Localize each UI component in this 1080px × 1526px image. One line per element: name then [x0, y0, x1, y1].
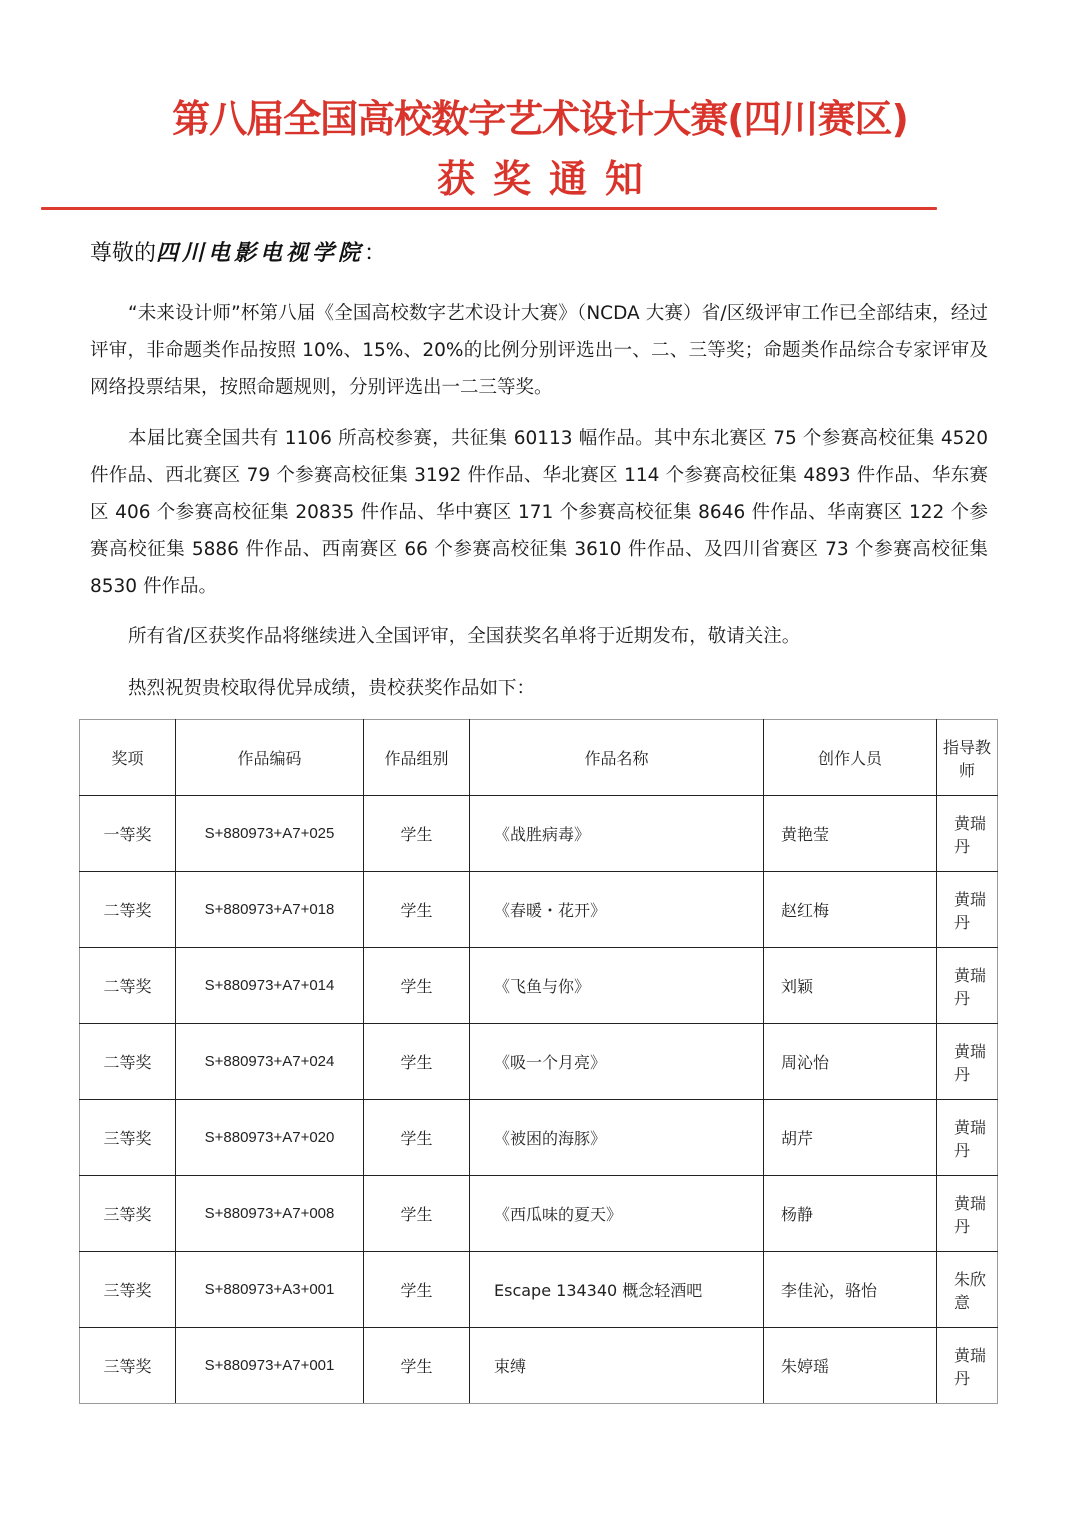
cell-title: 《春暖・花开》 — [470, 872, 764, 948]
cell-code: S+880973+A7+001 — [176, 1328, 364, 1404]
document-subtitle: 获奖通知 — [0, 148, 1080, 203]
cell-award: 二等奖 — [80, 872, 176, 948]
cell-award: 一等奖 — [80, 796, 176, 872]
cell-creator: 杨静 — [764, 1176, 937, 1252]
cell-group: 学生 — [364, 1176, 470, 1252]
cell-teacher: 黄瑞丹 — [937, 1328, 998, 1404]
cell-creator: 李佳沁，骆怡 — [764, 1252, 937, 1328]
cell-creator: 胡芹 — [764, 1100, 937, 1176]
cell-title: 束缚 — [470, 1328, 764, 1404]
table-row: 三等奖 S+880973+A7+020 学生 《被困的海豚》 胡芹 黄瑞丹 — [80, 1100, 998, 1176]
cell-code: S+880973+A7+018 — [176, 872, 364, 948]
cell-code: S+880973+A7+025 — [176, 796, 364, 872]
cell-group: 学生 — [364, 1328, 470, 1404]
cell-teacher: 黄瑞丹 — [937, 796, 998, 872]
cell-creator: 朱婷瑶 — [764, 1328, 937, 1404]
cell-award: 三等奖 — [80, 1328, 176, 1404]
cell-teacher: 黄瑞丹 — [937, 1024, 998, 1100]
document-title: 第八届全国高校数字艺术设计大赛(四川赛区) — [0, 88, 1080, 143]
cell-creator: 赵红梅 — [764, 872, 937, 948]
table-row: 三等奖 S+880973+A7+001 学生 束缚 朱婷瑶 黄瑞丹 — [80, 1328, 998, 1404]
cell-teacher: 黄瑞丹 — [937, 1100, 998, 1176]
table-row: 三等奖 S+880973+A7+008 学生 《西瓜味的夏天》 杨静 黄瑞丹 — [80, 1176, 998, 1252]
salutation: 尊敬的四川电影电视学院： — [90, 236, 386, 267]
cell-code: S+880973+A7+014 — [176, 948, 364, 1024]
cell-award: 二等奖 — [80, 1024, 176, 1100]
header-creator: 创作人员 — [764, 720, 937, 796]
paragraph-congrats: 热烈祝贺贵校取得优异成绩，贵校获奖作品如下： — [90, 670, 988, 707]
header-teacher: 指导教师 — [937, 720, 998, 796]
header-group: 作品组别 — [364, 720, 470, 796]
table-row: 二等奖 S+880973+A7+014 学生 《飞鱼与你》 刘颖 黄瑞丹 — [80, 948, 998, 1024]
cell-creator: 周沁怡 — [764, 1024, 937, 1100]
cell-award: 二等奖 — [80, 948, 176, 1024]
salutation-suffix: ： — [364, 241, 386, 266]
cell-group: 学生 — [364, 796, 470, 872]
cell-code: S+880973+A7+008 — [176, 1176, 364, 1252]
cell-creator: 刘颖 — [764, 948, 937, 1024]
table-row: 一等奖 S+880973+A7+025 学生 《战胜病毒》 黄艳莹 黄瑞丹 — [80, 796, 998, 872]
salutation-prefix: 尊敬的 — [90, 241, 156, 266]
cell-teacher: 朱欣意 — [937, 1252, 998, 1328]
cell-teacher: 黄瑞丹 — [937, 872, 998, 948]
title-divider — [41, 207, 937, 210]
table-row: 三等奖 S+880973+A3+001 学生 Escape 134340 概念轻… — [80, 1252, 998, 1328]
paragraph-notice: 所有省/区获奖作品将继续进入全国评审，全国获奖名单将于近期发布，敬请关注。 — [90, 618, 988, 655]
cell-title: 《西瓜味的夏天》 — [470, 1176, 764, 1252]
header-code: 作品编码 — [176, 720, 364, 796]
cell-award: 三等奖 — [80, 1100, 176, 1176]
cell-title: 《被困的海豚》 — [470, 1100, 764, 1176]
cell-title: 《战胜病毒》 — [470, 796, 764, 872]
header-award: 奖项 — [80, 720, 176, 796]
cell-teacher: 黄瑞丹 — [937, 1176, 998, 1252]
cell-group: 学生 — [364, 872, 470, 948]
cell-code: S+880973+A3+001 — [176, 1252, 364, 1328]
awards-table: 奖项 作品编码 作品组别 作品名称 创作人员 指导教师 一等奖 S+880973… — [79, 719, 998, 1404]
table-header-row: 奖项 作品编码 作品组别 作品名称 创作人员 指导教师 — [80, 720, 998, 796]
table-row: 二等奖 S+880973+A7+024 学生 《吸一个月亮》 周沁怡 黄瑞丹 — [80, 1024, 998, 1100]
paragraph-intro: “未来设计师”杯第八届《全国高校数字艺术设计大赛》（NCDA 大赛）省/区级评审… — [90, 295, 988, 406]
cell-award: 三等奖 — [80, 1176, 176, 1252]
cell-group: 学生 — [364, 1252, 470, 1328]
cell-title: Escape 134340 概念轻酒吧 — [470, 1252, 764, 1328]
table-row: 二等奖 S+880973+A7+018 学生 《春暖・花开》 赵红梅 黄瑞丹 — [80, 872, 998, 948]
cell-group: 学生 — [364, 1024, 470, 1100]
cell-group: 学生 — [364, 1100, 470, 1176]
paragraph-statistics: 本届比赛全国共有 1106 所高校参赛，共征集 60113 幅作品。其中东北赛区… — [90, 420, 988, 605]
cell-code: S+880973+A7+020 — [176, 1100, 364, 1176]
header-title: 作品名称 — [470, 720, 764, 796]
cell-title: 《飞鱼与你》 — [470, 948, 764, 1024]
cell-creator: 黄艳莹 — [764, 796, 937, 872]
cell-award: 三等奖 — [80, 1252, 176, 1328]
cell-code: S+880973+A7+024 — [176, 1024, 364, 1100]
cell-teacher: 黄瑞丹 — [937, 948, 998, 1024]
cell-title: 《吸一个月亮》 — [470, 1024, 764, 1100]
cell-group: 学生 — [364, 948, 470, 1024]
recipient-organization: 四川电影电视学院 — [156, 240, 364, 266]
